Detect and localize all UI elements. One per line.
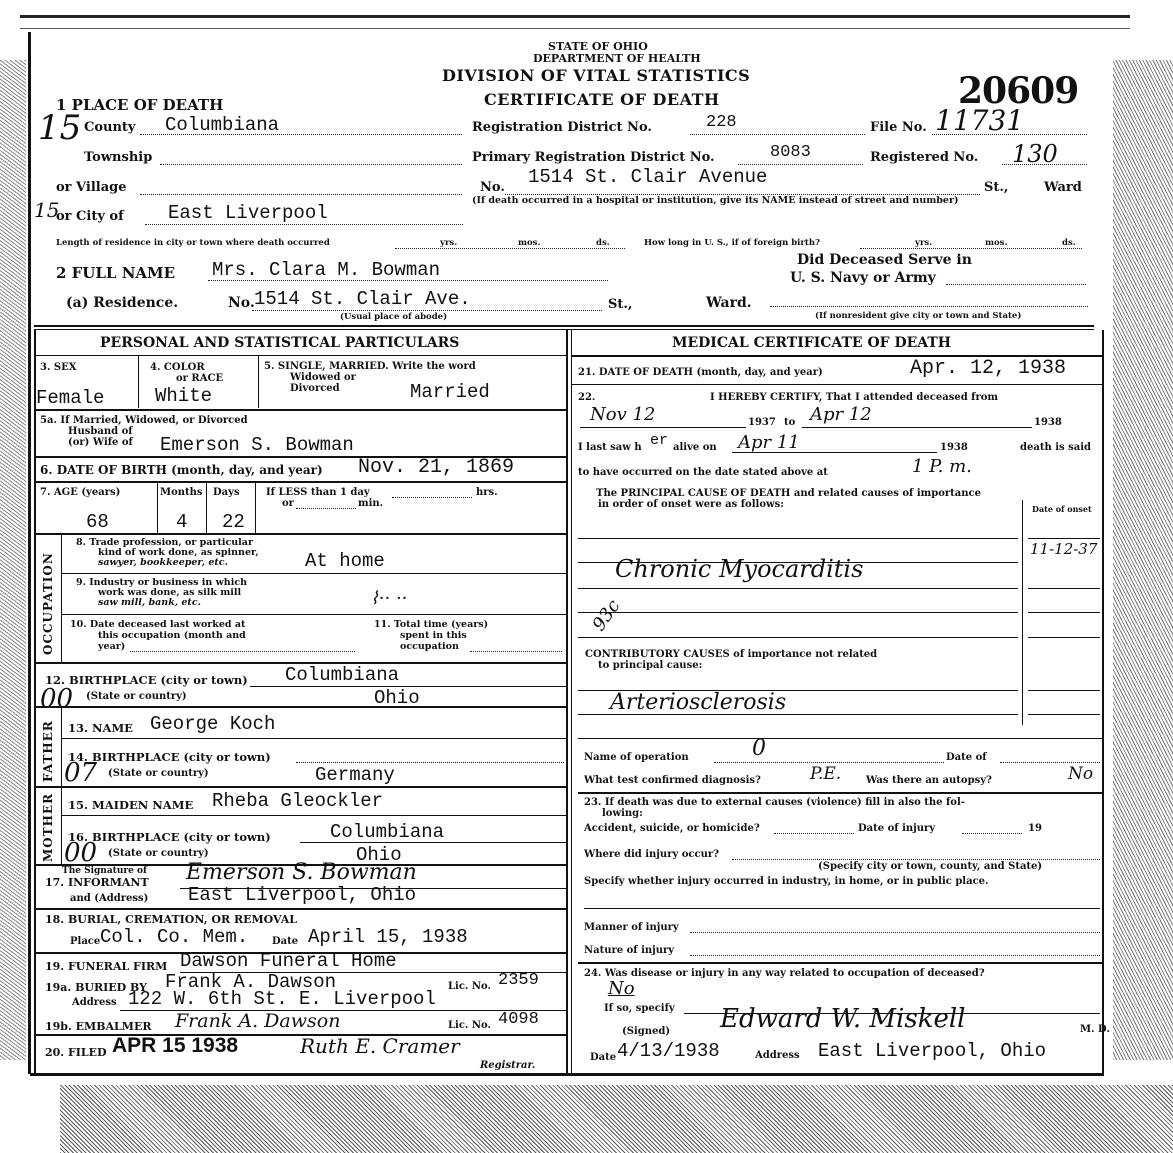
residence-ward-label: Ward. [706,295,752,311]
military-line [946,284,1086,285]
where-line [732,859,1100,860]
operation-line [714,762,944,763]
rule [36,786,566,788]
burial-date-value: April 15, 1938 [308,926,468,948]
sign-date-label: Date [590,1052,616,1063]
top-border-thin [20,28,1130,29]
if-so-label: If so, specify [604,1003,675,1014]
funeral-address-value: 122 W. 6th St. E. Liverpool [128,988,436,1010]
attended-to-year: 1938 [1034,417,1062,428]
county-label: County [84,120,135,135]
filed-label: 20. FILED [45,1046,107,1059]
rule [36,355,566,356]
death-said-label: death is said [1020,442,1091,453]
us-mos: mos. [985,238,1007,248]
total-time-line [470,651,562,652]
margin-code: 15 [38,108,81,148]
file-no-label: File No. [870,120,927,135]
autopsy-value: No [1068,764,1093,784]
mother-birthplace-label: 16. BIRTHPLACE (city or town) [68,830,271,844]
header-division: DIVISION OF VITAL STATISTICS [442,66,750,85]
last-saw-label: I last saw h [578,442,642,453]
less-day-label: If LESS than 1 day [266,487,370,498]
days-label: Days [213,487,240,498]
onset-header: Date of onset [1032,504,1092,514]
spouse-label-2: Husband of [68,426,133,437]
rule [258,356,259,408]
rule [1028,637,1100,638]
informant-label-2: 17. INFORMANT [45,876,149,889]
length-ds: ds. [596,238,610,248]
last-saw-her: er [650,432,668,449]
abode-note: (Usual place of abode) [340,312,447,322]
dob-label: 6. DATE OF BIRTH (month, day, and year) [40,463,323,477]
marital-label-2: Widowed or [290,372,356,383]
primary-reg-line [738,164,863,165]
rule [578,962,1102,964]
rule [580,427,746,428]
contributory-label-1: CONTRIBUTORY CAUSES of importance not re… [585,649,877,660]
date-of-line [1000,762,1100,763]
page-title: CERTIFICATE OF DEATH [484,90,720,109]
rule [578,538,1018,539]
street-ward-label: Ward [1044,180,1082,195]
specify-where-label: Specify whether injury occurred in indus… [584,876,989,887]
rule [138,356,139,408]
funeral-address-label: Address [72,997,117,1008]
accident-line [774,833,854,834]
sex-value: Female [36,387,104,409]
residence-label: (a) Residence. [66,295,178,311]
marital-label-3: Divorced [290,383,340,394]
residence-value: 1514 St. Clair Ave. [254,288,471,310]
total-time-label-1: 11. Total time (years) [374,619,488,630]
rule [572,384,1102,385]
occupation-question: 24. Was disease or injury in any way rel… [584,968,985,979]
test-label: What test confirmed diagnosis? [584,775,761,786]
buried-by-lic-label: Lic. No. [448,981,491,992]
informant-label-1: The Signature of [62,866,147,876]
nature-line [690,955,1100,956]
age-months-value: 4 [176,511,187,533]
age-years-value: 68 [86,511,109,533]
reg-district-value: 228 [706,113,737,132]
industry-mark: ⌇·· ·· [370,588,407,609]
primary-reg-value: 8083 [770,143,811,162]
dod-label: 21. DATE OF DEATH (month, day, and year) [578,367,823,378]
marital-value: Married [410,381,490,403]
father-side-label: FATHER [41,712,55,782]
left-border [34,330,36,1075]
residence-no-label: No. [228,295,255,311]
rule [62,738,566,739]
burial-place-label: Place [70,936,100,947]
rule [578,637,1018,638]
divider-main-2 [34,329,1094,330]
sign-date-value: 4/13/1938 [617,1040,720,1062]
color-value: White [155,385,212,407]
military-label-1: Did Deceased Serve in [797,252,972,268]
mother-maiden-value: Rheba Gleockler [212,790,383,812]
birthplace-label: 12. BIRTHPLACE (city or town) [45,673,248,687]
spouse-value: Emerson S. Bowman [160,434,354,456]
color-label-2: or RACE [176,373,223,384]
rule [300,842,566,843]
mother-state-label: (State or country) [108,848,209,859]
village-line [140,194,462,195]
embalmer-signature: Frank A. Dawson [175,1010,340,1032]
accident-label: Accident, suicide, or homicide? [584,823,760,834]
last-worked-label-1: 10. Date deceased last worked at [70,619,245,630]
marital-label: 5. SINGLE, MARRIED. Write the word [264,361,476,372]
divider-main [34,325,1094,327]
specify-city-note: (Specify city or town, county, and State… [818,861,1042,872]
months-label: Months [160,487,203,498]
where-label: Where did injury occur? [584,849,719,860]
min-label: min. [358,498,383,509]
attended-from-value: Nov 12 [590,404,655,425]
funeral-firm-value: Dawson Funeral Home [180,950,397,972]
rule [1028,714,1100,715]
us-ds: ds. [1062,238,1076,248]
father-birthplace-label: 14. BIRTHPLACE (city or town) [68,750,271,764]
mother-birthplace-city: Columbiana [330,821,444,843]
rule [578,714,1018,715]
last-saw-year: 1938 [940,442,968,453]
city-label: or City of [56,209,124,224]
length-residence-line [395,248,625,249]
date-injury-line [962,833,1022,834]
us-yrs: yrs. [915,238,932,248]
header-department: DEPARTMENT OF HEALTH [533,52,701,65]
bottom-rule [30,1073,1104,1076]
rule [157,483,158,533]
spouse-label: 5a. If Married, Widowed, or Divorced [40,415,248,426]
date-of-label: Date of [946,752,987,763]
last-worked-line [130,651,355,652]
registrar-label: Registrar. [480,1060,535,1071]
cause-label-1: The PRINCIPAL CAUSE OF DEATH and related… [596,488,981,499]
nonresident-line [770,306,1088,307]
occupation-answer: No [608,978,635,999]
length-mos: mos. [518,238,540,248]
father-margin-code: 07 [64,758,97,788]
min-line [296,508,356,509]
total-time-label-3: occupation [400,641,459,652]
father-birthplace-line [296,762,564,763]
rule [578,588,1018,589]
father-state-value: Germany [315,764,395,786]
certify-text: I HEREBY CERTIFY, That I attended deceas… [710,392,998,403]
to-label: to [784,417,795,428]
contributory-value: Arteriosclerosis [610,690,786,715]
mother-side-label: MOTHER [41,792,55,862]
year-prefix: 19 [1028,823,1042,834]
primary-reg-label: Primary Registration District No. [472,150,715,165]
burial-label: 18. BURIAL, CREMATION, OR REMOVAL [45,913,297,926]
spouse-label-3: (or) Wife of [68,437,133,448]
external-label-2: lowing: [602,808,643,819]
rule [584,908,1100,909]
informant-address-label: and (Address) [70,893,148,904]
military-label-2: U. S. Navy or Army [790,270,936,286]
physician-address-value: East Liverpool, Ohio [818,1040,1046,1062]
city-value: East Liverpool [168,202,328,224]
external-label-1: 23. If death was due to external causes … [584,797,965,808]
burial-place-value: Col. Co. Mem. [100,926,248,948]
rule [1028,690,1100,691]
residence-st-label: St., [608,297,632,312]
color-label: 4. COLOR [150,362,205,373]
operation-label: Name of operation [584,752,689,763]
last-saw-date: Apr 11 [738,432,800,453]
time-value: 1 P. m. [912,456,972,477]
trade-label-3: sawyer, bookkeeper, etc. [98,557,228,568]
rule [1028,612,1100,613]
or-label: or [282,498,294,509]
informant-signature: Emerson S. Bowman [186,860,417,885]
reg-district-label: Registration District No. [472,120,652,135]
rule [732,452,937,453]
rule [1028,538,1100,539]
manner-label: Manner of injury [584,922,679,933]
hrs-label: hrs. [476,487,498,498]
hrs-line [392,497,472,498]
sex-label: 3. SEX [40,362,77,373]
cause-label-2: in order of onset were as follows: [598,499,784,510]
registered-no-label: Registered No. [870,150,978,165]
rule [255,483,256,533]
right-border [1102,330,1104,1075]
village-label: or Village [56,180,127,195]
personal-section-title: PERSONAL AND STATISTICAL PARTICULARS [100,335,459,351]
last-worked-label-2: this occupation (month and [98,630,246,641]
rule [61,535,62,663]
street-no-label: No. [480,180,505,195]
column-divider-2 [571,330,572,1075]
test-value: P.E. [810,764,841,784]
physician-address-label: Address [755,1050,800,1061]
registered-no-value: 130 [1012,140,1058,168]
rule [36,409,566,411]
birthplace-margin-code: 00 [40,684,73,714]
rule [62,614,566,615]
total-time-label-2: spent in this [400,630,467,641]
street-st-label: St., [984,180,1008,195]
rule [61,788,62,866]
occupation-side-label: OCCUPATION [41,545,55,655]
age-label: 7. AGE (years) [40,487,120,498]
occurred-label: to have occurred on the date stated abov… [578,467,828,478]
father-name-value: George Koch [150,713,275,735]
length-residence-label: Length of residence in city or town wher… [56,238,330,248]
how-long-us-label: How long in U. S., if of foreign birth? [644,238,820,248]
full-name-label: 2 FULL NAME [56,264,175,282]
father-state-label: (State or country) [108,768,209,779]
hospital-note: (If death occurred in a hospital or inst… [472,195,958,206]
county-value: Columbiana [165,114,279,136]
nonresident-note: (If nonresident give city or town and St… [815,311,1021,321]
filed-stamp: APR 15 1938 [112,1034,238,1058]
rule [36,706,566,708]
rule [802,427,1032,428]
onset-column-divider [1022,500,1023,725]
onset-date-value: 11-12-37 [1030,540,1097,558]
signed-label: (Signed) [622,1026,670,1037]
file-no-value: 11731 [935,104,1024,137]
rule [36,533,566,535]
manner-line [690,932,1100,933]
contributory-label-2: to principal cause: [598,660,702,671]
how-long-us-line [860,248,1082,249]
embalmer-lic-value: 4098 [498,1010,539,1029]
last-worked-label-3: year) [98,641,125,652]
township-line [160,164,462,165]
rule [36,481,566,483]
rule [61,708,62,786]
rule [578,792,1102,794]
certify-num: 22. [578,392,595,403]
rule [62,815,566,816]
physician-signature: Edward W. Miskell [720,1004,965,1034]
md-label: M. D. [1080,1024,1110,1035]
embalmer-lic-label: Lic. No. [448,1020,491,1031]
top-border [20,15,1130,18]
industry-label-3: saw mill, bank, etc. [98,597,201,608]
birthplace-state-label: (State or country) [86,691,187,702]
dob-value: Nov. 21, 1869 [358,456,514,479]
funeral-firm-label: 19. FUNERAL FIRM [45,960,167,973]
informant-address-value: East Liverpool, Ohio [188,884,416,906]
mother-maiden-label: 15. MAIDEN NAME [68,798,193,812]
buried-by-lic-value: 2359 [498,971,539,990]
nature-label: Nature of injury [584,945,674,956]
date-injury-label: Date of injury [858,823,935,834]
column-divider [566,330,568,1075]
scan-noise-left [0,60,26,1060]
residence-line [252,310,602,311]
township-label: Township [84,150,152,165]
father-name-label: 13. NAME [68,721,133,735]
rule [578,612,1018,613]
city-line [145,224,463,225]
rule [36,908,566,910]
street-value: 1514 St. Clair Avenue [528,166,767,188]
burial-date-label: Date [272,936,298,947]
birthplace-city-value: Columbiana [285,664,399,686]
length-yrs: yrs. [440,238,457,248]
embalmer-label: 19b. EMBALMER [45,1020,152,1033]
reg-district-line [690,134,865,135]
operation-value: 0 [752,736,766,761]
registrar-signature: Ruth E. Cramer [300,1034,460,1058]
attended-from-year: 1937 [748,417,776,428]
autopsy-label: Was there an autopsy? [866,775,992,786]
rule [206,483,207,533]
age-days-value: 22 [222,511,245,533]
scan-noise-right [1113,60,1173,1060]
medical-section-title: MEDICAL CERTIFICATE OF DEATH [672,335,951,351]
alive-on-label: alive on [673,442,717,453]
scan-noise-bottom [60,1085,1173,1153]
full-name-value: Mrs. Clara M. Bowman [212,259,440,281]
rule [1028,588,1100,589]
principal-cause-value: Chronic Myocarditis [615,555,863,583]
attended-to-value: Apr 12 [810,404,872,425]
trade-value: At home [305,550,385,572]
dod-value: Apr. 12, 1938 [910,357,1066,380]
rule [62,573,566,574]
rule [578,738,1102,739]
